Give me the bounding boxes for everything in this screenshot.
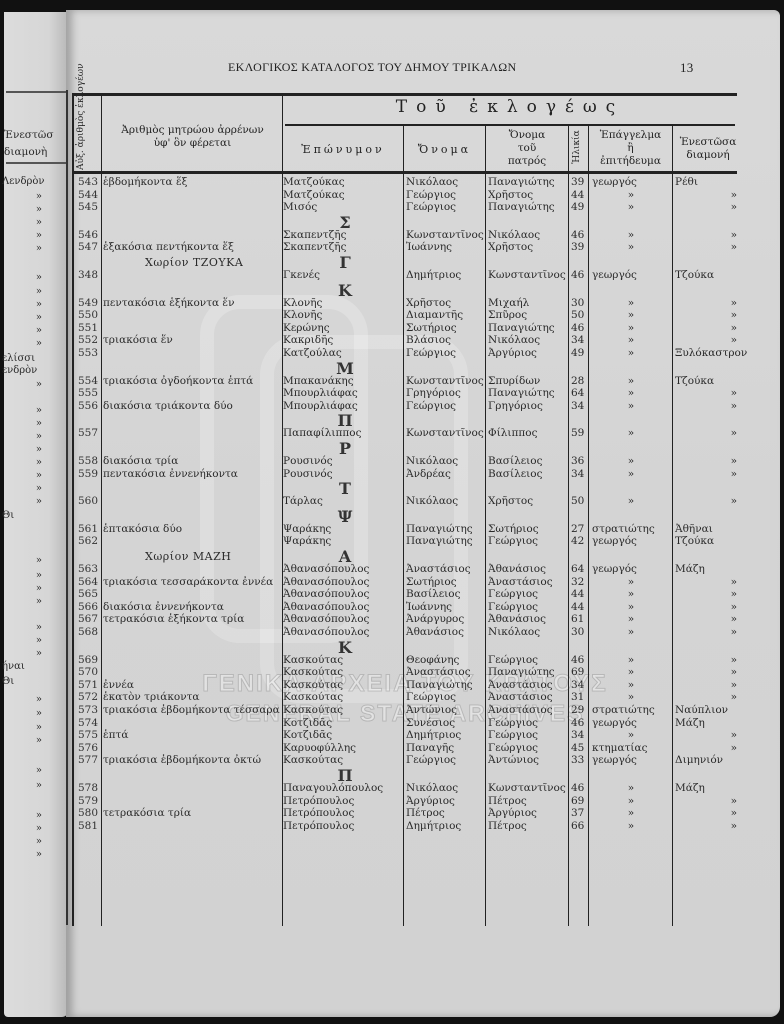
father-name-cell: Παναγιώτης xyxy=(488,666,555,678)
father-name-cell: Κωνσταντῖνος xyxy=(488,269,566,281)
father-name-cell: Ἀθανάσιος xyxy=(488,613,546,625)
serial-number-cell: 544 xyxy=(72,189,98,201)
father-name-cell: Γεώργιος xyxy=(488,717,538,729)
table-row: 580τετρακόσια τρίαΠετρόπουλοςΠέτροςἈργύρ… xyxy=(0,807,784,819)
age-cell: 31 xyxy=(571,691,587,703)
residence-cell: » xyxy=(675,576,739,588)
age-cell: 39 xyxy=(571,241,587,253)
occupation-cell: » xyxy=(592,782,670,794)
header-age: Ἡλικία xyxy=(572,128,582,166)
table-row: 553ΚατζούλαςΓεώργιοςἈργύριος49»Ξυλόκαστρ… xyxy=(0,347,784,359)
registry-number-cell: ἑξακόσια πεντήκοντα ἕξ xyxy=(103,241,234,253)
occupation-cell: » xyxy=(592,495,670,507)
first-name-cell: Σωτήριος xyxy=(406,322,457,334)
table-row: 579ΠετρόπουλοςἈργύριοςΠέτρος69»» xyxy=(0,795,784,807)
residence-cell: » xyxy=(675,455,739,467)
father-name-cell: Πέτρος xyxy=(488,820,527,832)
father-name-cell: Ἀντώνιος xyxy=(488,754,539,766)
occupation-cell: γεωργός xyxy=(592,176,670,188)
surname-cell: Ψαράκης xyxy=(283,535,331,547)
surname-cell: Ματζούκας xyxy=(283,189,345,201)
serial-number-cell: 546 xyxy=(72,229,98,241)
serial-number-cell: 578 xyxy=(72,782,98,794)
surname-cell: Ἀθανασόπουλος xyxy=(283,576,369,588)
first-name-cell: Κωνσταντῖνος xyxy=(406,375,484,387)
header-registry-line: ὑφ' ὃν φέρεται xyxy=(105,137,280,150)
occupation-cell: » xyxy=(592,229,670,241)
surname-cell: Ἀθανασόπουλος xyxy=(283,613,369,625)
serial-number-cell: 551 xyxy=(72,322,98,334)
surname-cell: Κλονῆς xyxy=(283,309,322,321)
surname-cell: Ἀθανασόπουλος xyxy=(283,588,369,600)
table-row: 560ΤάρλαςΝικόλαοςΧρῆστος50»» xyxy=(0,495,784,507)
age-cell: 34 xyxy=(571,679,587,691)
surname-cell: Ἀθανασόπουλος xyxy=(283,601,369,613)
father-name-cell: Ἀναστάσιος xyxy=(488,576,553,588)
serial-number-cell: 553 xyxy=(72,347,98,359)
first-name-cell: Γεώργιος xyxy=(406,400,456,412)
father-name-cell: Παναγιώτης xyxy=(488,201,555,213)
first-name-cell: Διαμαντῆς xyxy=(406,309,463,321)
prev-header-line: διαμονὴ xyxy=(4,144,64,161)
serial-number-cell: 568 xyxy=(72,626,98,638)
surname-cell: Κακριδῆς xyxy=(283,334,333,346)
header-occupation-line: ἢ xyxy=(589,142,672,155)
first-name-cell: Βασίλειος xyxy=(406,588,461,600)
age-cell: 50 xyxy=(571,309,587,321)
table-row: 555ΜπουρλιάφαςΓρηγόριοςΠαναγιώτης64»» xyxy=(0,387,784,399)
age-cell: 34 xyxy=(571,334,587,346)
serial-number-cell: 558 xyxy=(72,455,98,467)
age-cell: 28 xyxy=(571,375,587,387)
occupation-cell: » xyxy=(592,322,670,334)
occupation-cell: γεωργός xyxy=(592,754,670,766)
surname-cell: Μπακανάκης xyxy=(283,375,354,387)
residence-cell: Ἀθῆναι xyxy=(675,523,745,535)
first-name-cell: Συνέσιος xyxy=(406,717,455,729)
scanned-book-spread: Ἐνεστῶσ διαμονὴ Λενδρὸν»»»»»»»»»»»ελίσσι… xyxy=(0,0,784,1024)
surname-cell: Κασκούτας xyxy=(283,679,343,691)
first-name-cell: Γεώργιος xyxy=(406,347,456,359)
table-row: 569ΚασκούταςΘεοφάνηςΓεώργιος46»» xyxy=(0,654,784,666)
serial-number-cell: 561 xyxy=(72,523,98,535)
age-cell: 64 xyxy=(571,387,587,399)
surname-cell: Παναγουλόπουλος xyxy=(283,782,383,794)
residence-cell: » xyxy=(675,588,739,600)
registry-number-cell: πεντακόσια ἑξήκοντα ἕν xyxy=(103,297,234,309)
serial-number-cell: 547 xyxy=(72,241,98,253)
first-name-cell: Παναγιώτης xyxy=(406,523,473,535)
header-father-line: τοῦ xyxy=(486,142,568,155)
age-cell: 32 xyxy=(571,576,587,588)
residence-cell: Ναύπλιον xyxy=(675,704,745,716)
residence-cell: Τζούκα xyxy=(675,269,745,281)
occupation-cell: στρατιώτης xyxy=(592,523,670,535)
table-row: 544ΜατζούκαςΓεώργιοςΧρῆστος44»» xyxy=(0,189,784,201)
header-residence: Ἐνεστῶσα διαμονή xyxy=(673,136,743,162)
father-name-cell: Νικόλαος xyxy=(488,229,540,241)
first-name-cell: Χρῆστος xyxy=(406,297,451,309)
father-name-cell: Γεώργιος xyxy=(488,588,538,600)
father-name-cell: Νικόλαος xyxy=(488,626,540,638)
father-name-cell: Μιχαήλ xyxy=(488,297,529,309)
surname-cell: Κασκούτας xyxy=(283,666,343,678)
serial-number-cell: 562 xyxy=(72,535,98,547)
prev-page-header: Ἐνεστῶσ διαμονὴ xyxy=(4,127,64,161)
table-row: 549πεντακόσια ἑξήκοντα ἕνΚλονῆςΧρῆστοςΜι… xyxy=(0,297,784,309)
residence-cell: » xyxy=(675,807,739,819)
prev-page-rule xyxy=(6,162,68,164)
residence-cell: Μάζη xyxy=(675,782,745,794)
registry-number-cell: τριακόσια ἑβδομήκοντα τέσσαρα xyxy=(103,704,280,716)
surname-cell: Κλονῆς xyxy=(283,297,322,309)
occupation-cell: γεωργός xyxy=(592,269,670,281)
header-surname: Ἐπώνυμον xyxy=(283,143,403,156)
serial-number-cell: 555 xyxy=(72,387,98,399)
serial-number-cell: 559 xyxy=(72,468,98,480)
table-row: 571ἐννέαΚασκούταςΠαναγιώτηςἈναστάσιος34»… xyxy=(0,679,784,691)
residence-cell: » xyxy=(675,309,739,321)
serial-number-cell: 348 xyxy=(72,269,98,281)
age-cell: 34 xyxy=(571,468,587,480)
header-father-line: Ὄνομα xyxy=(486,129,568,142)
prev-page-rule xyxy=(6,91,68,93)
first-name-cell: Ἀναστάσιος xyxy=(406,666,471,678)
surname-cell: Ἀθανασόπουλος xyxy=(283,563,369,575)
registry-number-cell: τριακόσια ἕν xyxy=(103,334,173,346)
surname-cell: Ἀθανασόπουλος xyxy=(283,626,369,638)
occupation-cell: » xyxy=(592,189,670,201)
age-cell: 50 xyxy=(571,495,587,507)
registry-number-cell: τριακόσια τεσσαράκοντα ἐννέα xyxy=(103,576,273,588)
serial-number-cell: 557 xyxy=(72,427,98,439)
residence-cell: » xyxy=(675,691,739,703)
surname-cell: Κασκούτας xyxy=(283,704,343,716)
first-name-cell: Γρηγόριος xyxy=(406,387,461,399)
first-name-cell: Νικόλαος xyxy=(406,495,458,507)
table-row: 546ΣκαπεντζῆςΚωνσταντῖνοςΝικόλαος46»» xyxy=(0,229,784,241)
first-name-cell: Ἰωάννης xyxy=(406,241,452,253)
first-name-cell: Κωνσταντῖνος xyxy=(406,229,484,241)
residence-cell: » xyxy=(675,322,739,334)
surname-cell: Μπουρλιάφας xyxy=(283,387,358,399)
age-cell: 59 xyxy=(571,427,587,439)
first-name-cell: Δημήτριος xyxy=(406,820,461,832)
occupation-cell: » xyxy=(592,601,670,613)
registry-number-cell: ἑκατὸν τριάκοντα xyxy=(103,691,200,703)
first-name-cell: Ἀθανάσιος xyxy=(406,626,464,638)
age-cell: 34 xyxy=(571,729,587,741)
residence-cell: Διμηνιόν xyxy=(675,754,745,766)
table-row: 557ΠαπαφίλιπποςΚωνσταντῖνοςΦίλιππος59»» xyxy=(0,427,784,439)
table-row: 552τριακόσια ἕνΚακριδῆςΒλάσιοςΝικόλαος34… xyxy=(0,334,784,346)
table-row: 543ἑβδομήκοντα ἕξΜατζούκαςΝικόλαοςΠαναγι… xyxy=(0,176,784,188)
father-name-cell: Ἀναστάσιος xyxy=(488,679,553,691)
header-residence-line: Ἐνεστῶσα xyxy=(673,136,743,149)
occupation-cell: » xyxy=(592,241,670,253)
header-bottom-rule xyxy=(72,171,737,174)
residence-cell: » xyxy=(675,729,739,741)
table-row: 556διακόσια τριάκοντα δύοΜπουρλιάφαςΓεώρ… xyxy=(0,400,784,412)
residence-cell: » xyxy=(675,400,739,412)
residence-cell: Ρέθι xyxy=(675,176,745,188)
residence-cell: » xyxy=(675,427,739,439)
table-row: 578ΠαναγουλόπουλοςΝικόλαοςΚωνσταντῖνος46… xyxy=(0,782,784,794)
registry-number-cell: διακόσια τρία xyxy=(103,455,178,467)
header-residence-line: διαμονή xyxy=(673,149,743,162)
residence-cell: Τζούκα xyxy=(675,375,745,387)
first-name-cell: Νικόλαος xyxy=(406,455,458,467)
residence-cell: Ξυλόκαστρον xyxy=(675,347,745,359)
serial-number-cell: 566 xyxy=(72,601,98,613)
father-name-cell: Γεώργιος xyxy=(488,535,538,547)
serial-number-cell: 579 xyxy=(72,795,98,807)
serial-number-cell: 564 xyxy=(72,576,98,588)
serial-number-cell: 560 xyxy=(72,495,98,507)
table-row: 577τριακόσια ἑβδομήκοντα ὀκτώΚασκούταςΓε… xyxy=(0,754,784,766)
header-father: Ὄνομα τοῦ πατρός xyxy=(486,129,568,168)
surname-cell: Κατζούλας xyxy=(283,347,342,359)
age-cell: 44 xyxy=(571,601,587,613)
first-name-cell: Κωνσταντῖνος xyxy=(406,427,484,439)
age-cell: 46 xyxy=(571,229,587,241)
age-cell: 61 xyxy=(571,613,587,625)
occupation-cell: » xyxy=(592,375,670,387)
occupation-cell: » xyxy=(592,201,670,213)
serial-number-cell: 545 xyxy=(72,201,98,213)
occupation-cell: » xyxy=(592,679,670,691)
occupation-cell: » xyxy=(592,691,670,703)
residence-cell: » xyxy=(675,334,739,346)
surname-cell: Κασκούτας xyxy=(283,654,343,666)
surname-cell: Γκενές xyxy=(283,269,320,281)
residence-cell: » xyxy=(675,666,739,678)
table-row: 573τριακόσια ἑβδομήκοντα τέσσαραΚασκούτα… xyxy=(0,704,784,716)
surname-cell: Καρυοφύλλης xyxy=(283,742,356,754)
occupation-cell: » xyxy=(592,654,670,666)
serial-number-cell: 580 xyxy=(72,807,98,819)
age-cell: 37 xyxy=(571,807,587,819)
surname-cell: Πετρόπουλος xyxy=(283,807,354,819)
occupation-cell: » xyxy=(592,387,670,399)
table-row: 570ΚασκούταςἈναστάσιοςΠαναγιώτης69»» xyxy=(0,666,784,678)
surname-cell: Κασκούτας xyxy=(283,754,343,766)
serial-number-cell: 565 xyxy=(72,588,98,600)
table-row: 545ΜισόςΓεώργιοςΠαναγιώτης49»» xyxy=(0,201,784,213)
age-cell: 34 xyxy=(571,400,587,412)
father-name-cell: Παναγιώτης xyxy=(488,387,555,399)
serial-number-cell: 550 xyxy=(72,309,98,321)
surname-cell: Ρουσινός xyxy=(283,468,333,480)
header-group-elector: Τοῦ ἐκλογέως xyxy=(285,101,735,114)
occupation-cell: » xyxy=(592,613,670,625)
page-number: 13 xyxy=(680,60,694,76)
table-row: 348ΓκενέςΔημήτριοςΚωνσταντῖνος46γεωργόςΤ… xyxy=(0,269,784,281)
first-name-cell: Βλάσιος xyxy=(406,334,451,346)
surname-cell: Πετρόπουλος xyxy=(283,795,354,807)
table-row: 576ΚαρυοφύλληςΠαναγῆςΓεώργιος45κτηματίας… xyxy=(0,742,784,754)
surname-cell: Παπαφίλιππος xyxy=(283,427,361,439)
first-name-cell: Παναγιώτης xyxy=(406,679,473,691)
header-occupation-line: ἐπιτήδευμα xyxy=(589,155,672,168)
father-name-cell: Χρῆστος xyxy=(488,495,533,507)
header-serial: Αὐξ. ἀριθμὸς ἐκλογέων xyxy=(76,94,86,170)
prev-header-line: Ἐνεστῶσ xyxy=(4,127,64,144)
occupation-cell: » xyxy=(592,297,670,309)
table-row: 581ΠετρόπουλοςΔημήτριοςΠέτρος66»» xyxy=(0,820,784,832)
serial-number-cell: 554 xyxy=(72,375,98,387)
table-row: 575ἑπτάΚοτζιδᾶςΔημήτριοςΓεώργιος34»» xyxy=(0,729,784,741)
age-cell: 30 xyxy=(571,297,587,309)
residence-cell: Μάζη xyxy=(675,717,745,729)
serial-number-cell: 569 xyxy=(72,654,98,666)
father-name-cell: Κωνσταντῖνος xyxy=(488,782,566,794)
first-name-cell: Γεώργιος xyxy=(406,754,456,766)
registry-number-cell: τριακόσια ἑβδομήκοντα ὀκτώ xyxy=(103,754,261,766)
residence-cell: » xyxy=(675,241,739,253)
surname-cell: Ψαράκης xyxy=(283,523,331,535)
occupation-cell: » xyxy=(592,807,670,819)
residence-cell: » xyxy=(675,820,739,832)
surname-cell: Ρουσινός xyxy=(283,455,333,467)
occupation-cell: » xyxy=(592,427,670,439)
age-cell: 33 xyxy=(571,754,587,766)
age-cell: 49 xyxy=(571,201,587,213)
prev-page-cell: » xyxy=(0,217,60,229)
table-row: 566διακόσια ἐννενήκονταἈθανασόπουλοςἸωάν… xyxy=(0,601,784,613)
first-name-cell: Ἀναστάσιος xyxy=(406,563,471,575)
age-cell: 66 xyxy=(571,820,587,832)
surname-cell: Κοτζιδᾶς xyxy=(283,717,332,729)
surname-cell: Κοτζιδᾶς xyxy=(283,729,332,741)
father-name-cell: Βασίλειος xyxy=(488,468,543,480)
prev-page-cell: Θι xyxy=(0,510,60,522)
father-name-cell: Νικόλαος xyxy=(488,334,540,346)
serial-number-cell: 581 xyxy=(72,820,98,832)
surname-cell: Μπουρλιάφας xyxy=(283,400,358,412)
table-row: 563ἈθανασόπουλοςἈναστάσιοςἈθανάσιος64γεω… xyxy=(0,563,784,575)
group-divider-rule xyxy=(285,124,735,126)
registry-number-cell: ἑπτά xyxy=(103,729,128,741)
age-cell: 46 xyxy=(571,322,587,334)
age-cell: 27 xyxy=(571,523,587,535)
father-name-cell: Ἀργύριος xyxy=(488,347,537,359)
table-row: 547ἑξακόσια πεντήκοντα ἕξΣκαπεντζῆςἸωάνν… xyxy=(0,241,784,253)
surname-cell: Σκαπεντζῆς xyxy=(283,229,346,241)
father-name-cell: Ἀναστάσιος xyxy=(488,691,553,703)
residence-cell: » xyxy=(675,297,739,309)
serial-number-cell: 574 xyxy=(72,717,98,729)
serial-number-cell: 577 xyxy=(72,754,98,766)
village-heading: Χωρίον ΤΖΟΥΚΑ xyxy=(145,256,243,269)
age-cell: 39 xyxy=(571,176,587,188)
occupation-cell: γεωργός xyxy=(592,563,670,575)
first-name-cell: Ἀνδρέας xyxy=(406,468,451,480)
residence-cell: » xyxy=(675,626,739,638)
prev-page-cell: » xyxy=(0,836,60,848)
residence-cell: » xyxy=(675,601,739,613)
registry-number-cell: τετρακόσια ἑξήκοντα τρία xyxy=(103,613,244,625)
age-cell: 46 xyxy=(571,717,587,729)
age-cell: 49 xyxy=(571,347,587,359)
age-cell: 46 xyxy=(571,269,587,281)
first-name-cell: Ἀντώνιος xyxy=(406,704,457,716)
occupation-cell: » xyxy=(592,347,670,359)
header-occupation-line: Ἐπάγγελμα xyxy=(589,129,672,142)
residence-cell: » xyxy=(675,742,739,754)
father-name-cell: Παναγιώτης xyxy=(488,322,555,334)
age-cell: 46 xyxy=(571,782,587,794)
age-cell: 36 xyxy=(571,455,587,467)
serial-number-cell: 576 xyxy=(72,742,98,754)
table-row: 574ΚοτζιδᾶςΣυνέσιοςΓεώργιος46γεωργόςΜάζη xyxy=(0,717,784,729)
serial-number-cell: 563 xyxy=(72,563,98,575)
header-father-line: πατρός xyxy=(486,155,568,168)
residence-cell: » xyxy=(675,229,739,241)
father-name-cell: Ἀναστάσιος xyxy=(488,704,553,716)
age-cell: 44 xyxy=(571,588,587,600)
surname-cell: Κερώνης xyxy=(283,322,330,334)
first-name-cell: Ἀργύριος xyxy=(406,795,455,807)
first-name-cell: Νικόλαος xyxy=(406,176,458,188)
registry-number-cell: διακόσια ἐννενήκοντα xyxy=(103,601,224,613)
age-cell: 69 xyxy=(571,666,587,678)
registry-number-cell: πεντακόσια ἐννενήκοντα xyxy=(103,468,238,480)
residence-cell: Μάζη xyxy=(675,563,745,575)
father-name-cell: Γεώργιος xyxy=(488,742,538,754)
age-cell: 44 xyxy=(571,189,587,201)
first-name-cell: Γεώργιος xyxy=(406,189,456,201)
table-row: 567τετρακόσια ἑξήκοντα τρίαἈθανασόπουλος… xyxy=(0,613,784,625)
serial-number-cell: 543 xyxy=(72,176,98,188)
occupation-cell: » xyxy=(592,820,670,832)
first-name-cell: Ἰωάννης xyxy=(406,601,452,613)
serial-number-cell: 573 xyxy=(72,704,98,716)
occupation-cell: » xyxy=(592,309,670,321)
table-row: 558διακόσια τρίαΡουσινόςΝικόλαοςΒασίλειο… xyxy=(0,455,784,467)
age-cell: 30 xyxy=(571,626,587,638)
age-cell: 69 xyxy=(571,795,587,807)
header-name: Ὄνομα xyxy=(404,143,485,156)
age-cell: 45 xyxy=(571,742,587,754)
father-name-cell: Γεώργιος xyxy=(488,654,538,666)
serial-number-cell: 570 xyxy=(72,666,98,678)
table-top-rule xyxy=(72,93,737,96)
table-row: 561ἑπτακόσια δύοΨαράκηςΠαναγιώτηςΣωτήριο… xyxy=(0,523,784,535)
table-row: 565ἈθανασόπουλοςΒασίλειοςΓεώργιος44»» xyxy=(0,588,784,600)
surname-cell: Τάρλας xyxy=(283,495,323,507)
table-row: 550ΚλονῆςΔιαμαντῆςΣπῦρος50»» xyxy=(0,309,784,321)
father-name-cell: Φίλιππος xyxy=(488,427,538,439)
age-cell: 64 xyxy=(571,563,587,575)
registry-number-cell: τριακόσια ὀγδοήκοντα ἑπτά xyxy=(103,375,253,387)
surname-cell: Κασκούτας xyxy=(283,691,343,703)
serial-number-cell: 552 xyxy=(72,334,98,346)
age-cell: 46 xyxy=(571,654,587,666)
header-occupation: Ἐπάγγελμα ἢ ἐπιτήδευμα xyxy=(589,129,672,168)
age-cell: 29 xyxy=(571,704,587,716)
table-row: 564τριακόσια τεσσαράκοντα ἐννέαἈθανασόπο… xyxy=(0,576,784,588)
first-name-cell: Δημήτριος xyxy=(406,729,461,741)
residence-cell: » xyxy=(675,189,739,201)
father-name-cell: Σπῦρος xyxy=(488,309,527,321)
age-cell: 42 xyxy=(571,535,587,547)
residence-cell: Τζούκα xyxy=(675,535,745,547)
header-registry-line: Ἀριθμὸς μητρώου ἀρρένων xyxy=(105,124,280,137)
father-name-cell: Ἀργύριος xyxy=(488,807,537,819)
header-registry: Ἀριθμὸς μητρώου ἀρρένων ὑφ' ὃν φέρεται xyxy=(105,124,280,150)
serial-number-cell: 567 xyxy=(72,613,98,625)
